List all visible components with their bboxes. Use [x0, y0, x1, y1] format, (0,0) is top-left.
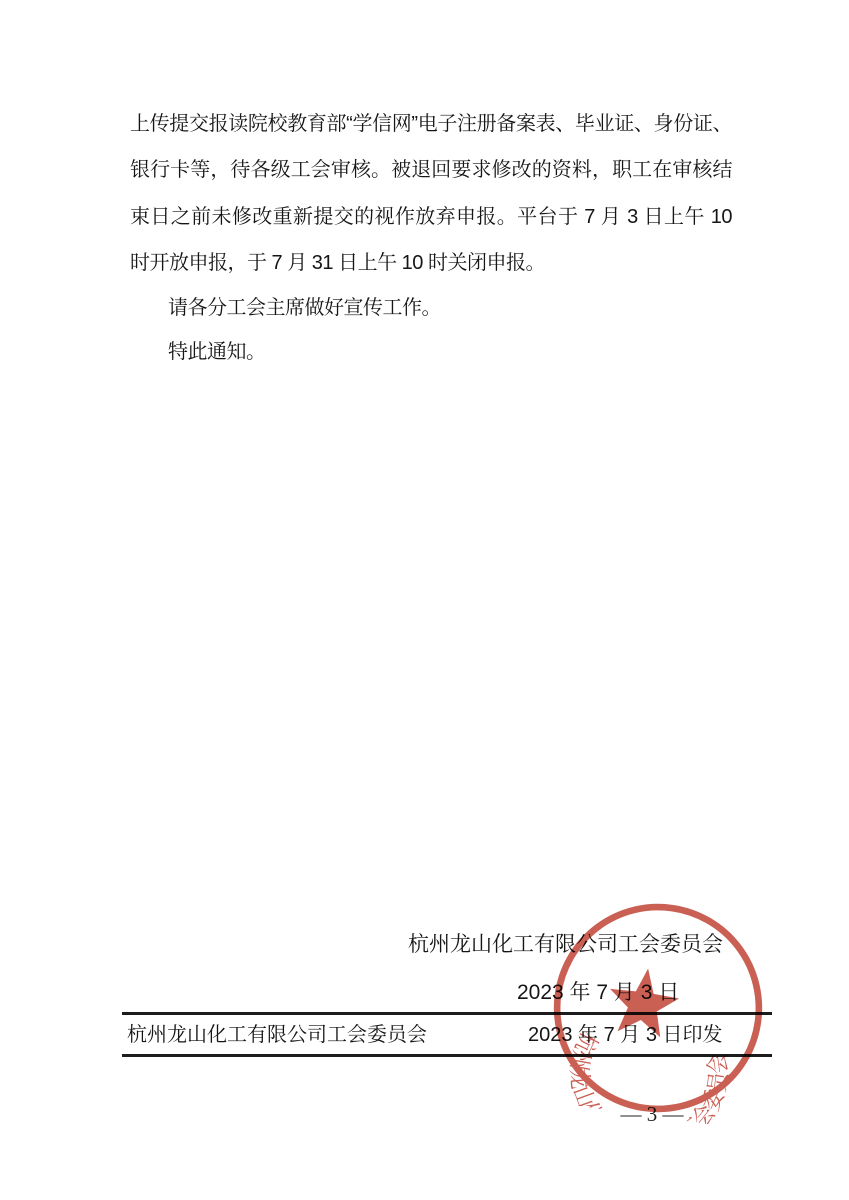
- footer-issue-date: 2023 年 7 月 3 日印发: [528, 1023, 723, 1047]
- footer-rule-bottom: [122, 1054, 772, 1057]
- official-seal: 杭州龙山化工有限公司工会委员会: [536, 886, 780, 1130]
- document-page: 上传提交报读院校教育部“学信网”电子注册备案表、毕业证、身份证、 银行卡等，待各…: [0, 0, 849, 1200]
- footer-issuer: 杭州龙山化工有限公司工会委员会: [127, 1023, 427, 1047]
- footer-rule-top: [122, 1012, 772, 1015]
- body-line: 请各分工会主席做好宣传工作。: [168, 296, 441, 320]
- body-line: 特此通知。: [168, 340, 266, 364]
- body-line: 时开放申报，于 7 月 31 日上午 10 时关闭申报。: [130, 251, 732, 275]
- body-line: 束日之前未修改重新提交的视作放弃申报。平台于 7 月 3 日上午 10: [130, 205, 732, 229]
- seal-ring: [544, 894, 772, 1122]
- body-line: 上传提交报读院校教育部“学信网”电子注册备案表、毕业证、身份证、: [130, 112, 732, 136]
- body-line: 银行卡等，待各级工会审核。被退回要求修改的资料，职工在审核结: [130, 158, 732, 182]
- page-number: — 3 —: [572, 1102, 732, 1127]
- signature-org: 杭州龙山化工有限公司工会委员会: [408, 933, 723, 957]
- seal-graphic: 杭州龙山化工有限公司工会委员会: [536, 886, 780, 1130]
- signature-date: 2023 年 7 月 3 日: [517, 981, 679, 1005]
